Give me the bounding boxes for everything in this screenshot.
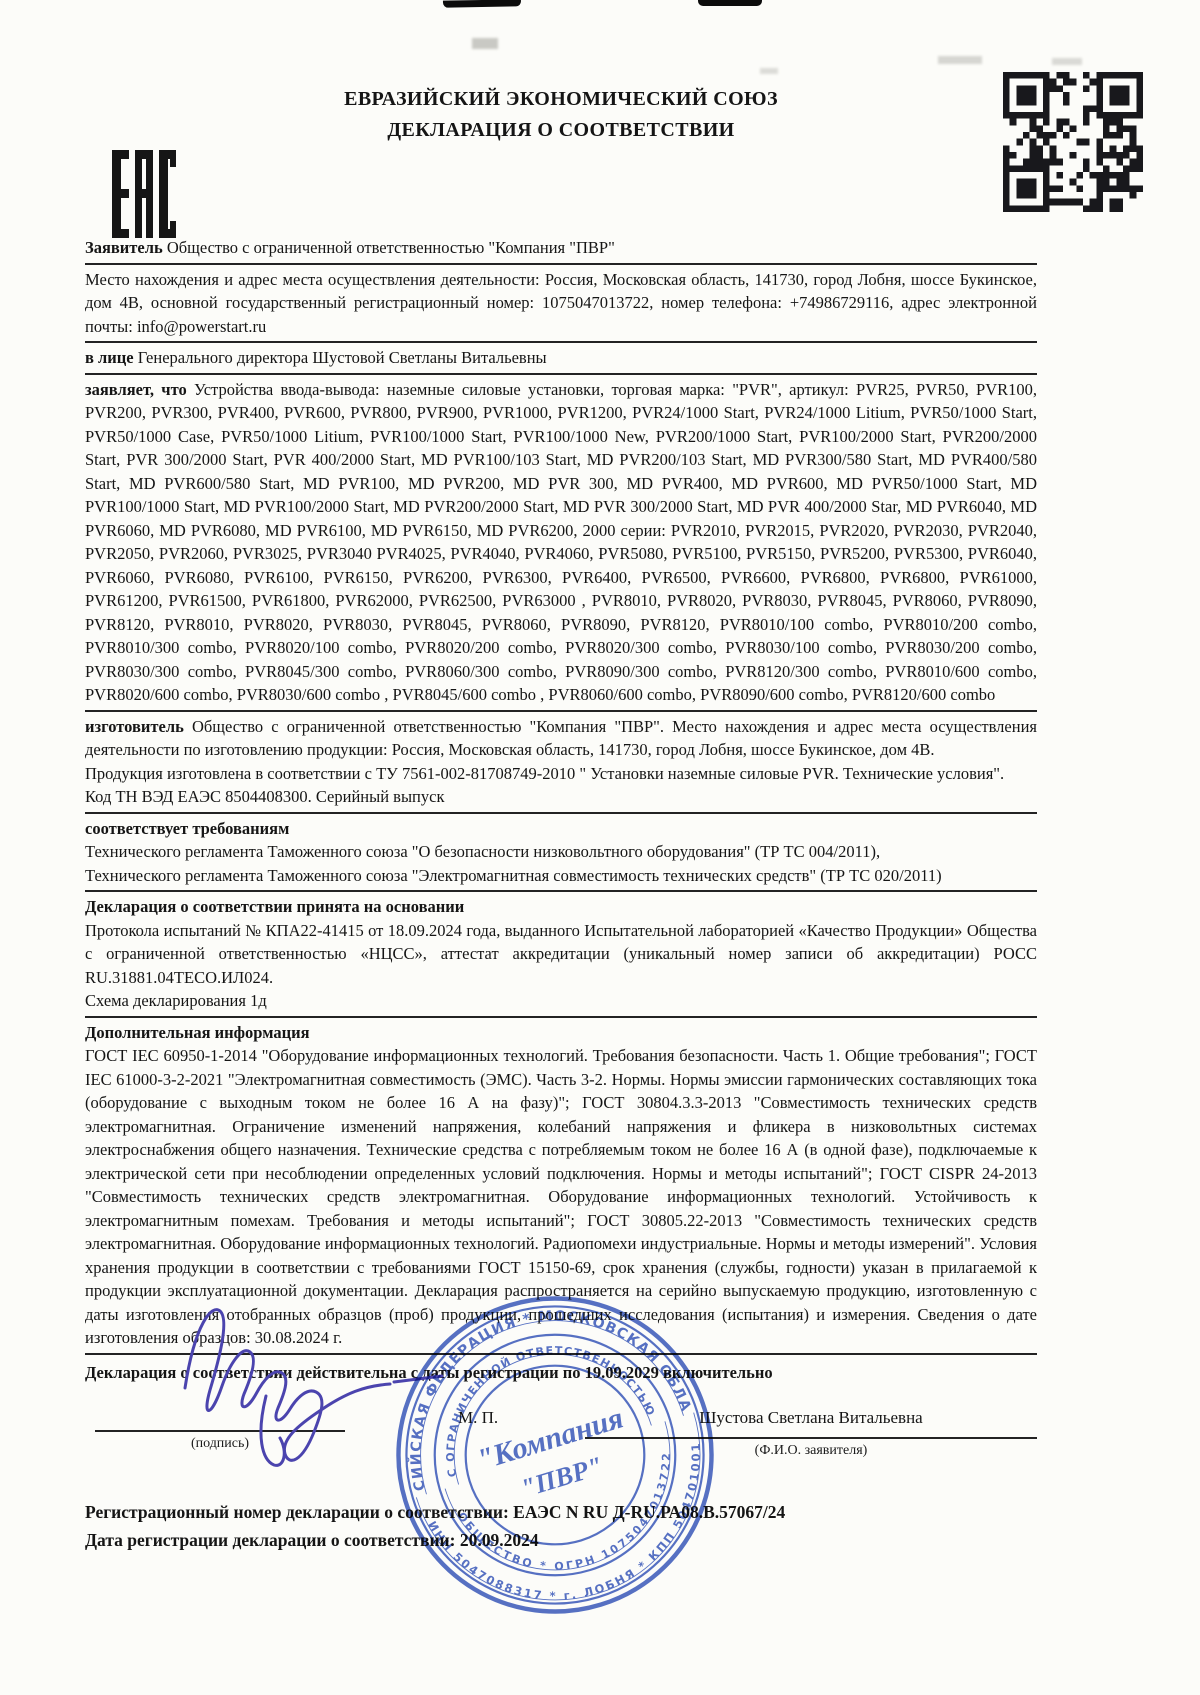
complies-header: соответствует требованиям	[85, 817, 1037, 841]
product-list-text: Устройства ввода-вывода: наземные силовы…	[85, 380, 1037, 705]
document-title: ЕВРАЗИЙСКИЙ ЭКОНОМИЧЕСКИЙ СОЮЗ ДЕКЛАРАЦИ…	[85, 84, 1037, 146]
eac-mark-icon	[112, 150, 176, 243]
document-body: Заявитель Общество с ограниченной ответс…	[85, 236, 1037, 1384]
scan-artifact	[1052, 58, 1082, 65]
tnved-section: Код ТН ВЭД ЕАЭС 8504408300. Серийный вып…	[85, 785, 1037, 814]
scan-artifact	[443, 0, 521, 8]
applicant-label: Заявитель	[85, 238, 163, 257]
representative-section: в лице Генерального директора Шустовой С…	[85, 346, 1037, 375]
qr-code	[1003, 72, 1143, 217]
basis-text: Протокола испытаний № КПА22-41415 от 18.…	[85, 919, 1037, 990]
complies-line-1: Технического регламента Таможенного союз…	[85, 840, 1037, 864]
basis-header: Декларация о соответствии принята на осн…	[85, 895, 1037, 919]
scan-artifact	[938, 56, 982, 64]
address-text: Место нахождения и адрес места осуществл…	[85, 270, 1037, 336]
title-line-2: ДЕКЛАРАЦИЯ О СООТВЕТСТВИИ	[85, 115, 1037, 146]
address-section: Место нахождения и адрес места осуществл…	[85, 268, 1037, 344]
complies-line-2: Технического регламента Таможенного союз…	[85, 864, 1037, 893]
additional-header: Дополнительная информация	[85, 1021, 1037, 1045]
declaration-document-page: ЕВРАЗИЙСКИЙ ЭКОНОМИЧЕСКИЙ СОЮЗ ДЕКЛАРАЦИ…	[0, 0, 1200, 1695]
production-tu-section: Продукция изготовлена в соответствии с Т…	[85, 762, 1037, 786]
production-tu-text: Продукция изготовлена в соответствии с Т…	[85, 764, 1004, 783]
scan-artifact	[760, 68, 778, 74]
applicant-text: Общество с ограниченной ответственностью…	[167, 238, 615, 257]
declares-section: заявляет, что Устройства ввода-вывода: н…	[85, 378, 1037, 712]
representative-label: в лице	[85, 348, 134, 367]
manufacturer-text: Общество с ограниченной ответственностью…	[85, 717, 1037, 760]
basis-scheme: Схема декларирования 1д	[85, 989, 1037, 1018]
scan-artifact	[698, 0, 762, 6]
tnved-text: Код ТН ВЭД ЕАЭС 8504408300. Серийный вып…	[85, 787, 444, 806]
applicant-section: Заявитель Общество с ограниченной ответс…	[85, 236, 1037, 265]
company-round-stamp: РОССИЙСКАЯ ФЕДЕРАЦИЯ * МОСКОВСКАЯ ОБЛАСТ…	[387, 1287, 723, 1623]
manufacturer-label: изготовитель	[85, 717, 184, 736]
representative-text: Генерального директора Шустовой Светланы…	[138, 348, 547, 367]
title-line-1: ЕВРАЗИЙСКИЙ ЭКОНОМИЧЕСКИЙ СОЮЗ	[85, 84, 1037, 115]
scan-artifact	[472, 38, 498, 49]
declares-label: заявляет, что	[85, 380, 187, 399]
manufacturer-section: изготовитель Общество с ограниченной отв…	[85, 715, 1037, 762]
